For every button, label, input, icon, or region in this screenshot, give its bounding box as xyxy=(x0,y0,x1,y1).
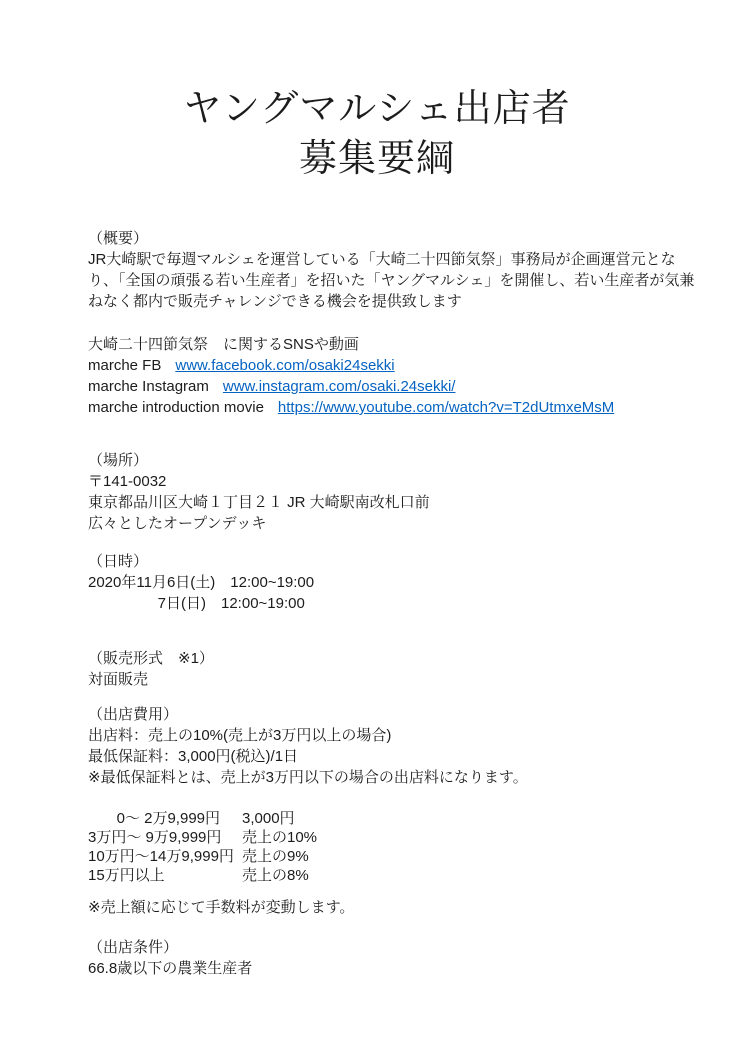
time-value: 12:00~19:00 xyxy=(221,595,305,612)
datetime-row: 7日(日)12:00~19:00 xyxy=(88,593,666,614)
section-overview: （概要） JR大崎駅で毎週マルシェを運営している「大崎二十四節気祭」事務局が企画… xyxy=(88,228,666,312)
fee-row: 0～ 2万9,999円3,000円 xyxy=(88,809,666,828)
overview-line: ねなく都内で販売チャレンジできる機会を提供致します xyxy=(88,291,666,312)
overview-line: JR大崎駅で毎週マルシェを運営している「大崎二十四節気祭」事務局が企画運営元とな xyxy=(88,249,666,270)
sales-format-value: 対面販売 xyxy=(88,669,666,690)
fee-line: ※最低保証料とは、売上が3万円以下の場合の出店料になります。 xyxy=(88,767,666,788)
page-title-line-2: 募集要綱 xyxy=(88,134,666,184)
overview-line: り、「全国の頑張る若い生産者」を招いた「ヤングマルシェ」を開催し、若い生産者が気… xyxy=(88,270,666,291)
address-line: 東京都品川区大崎１丁目２１ JR 大崎駅南改札口前 xyxy=(88,492,666,513)
venue-line: 広々としたオープンデッキ xyxy=(88,513,666,534)
link-label-youtube: marche introduction movie xyxy=(88,399,264,416)
sns-link-row-youtube: marche introduction moviehttps://www.you… xyxy=(88,397,666,418)
fee-row: 10万円～14万9,999円売上の9% xyxy=(88,847,666,866)
fee-row: 3万円～ 9万9,999円売上の10% xyxy=(88,828,666,847)
fee-range: 10万円～14万9,999円 xyxy=(88,847,220,866)
date-value: 2020年11月6日(土) xyxy=(88,572,215,593)
link-label-facebook: marche FB xyxy=(88,357,161,374)
section-fees: （出店費用） 出店料：売上の10%(売上が3万円以上の場合) 最低保証料：3,0… xyxy=(88,704,666,918)
section-sales-format: （販売形式 ※1） 対面販売 xyxy=(88,648,666,690)
fee-amount: 売上の10% xyxy=(242,829,317,846)
fee-amount: 売上の9% xyxy=(242,848,309,865)
place-heading: （場所） xyxy=(88,450,666,471)
fee-line: 最低保証料：3,000円(税込)/1日 xyxy=(88,746,666,767)
instagram-link[interactable]: www.instagram.com/osaki.24sekki/ xyxy=(223,378,456,395)
date-value: 7日(日) xyxy=(88,593,206,614)
section-conditions: （出店条件） 66.8歳以下の農業生産者 xyxy=(88,937,666,979)
section-sns: 大崎二十四節気祭 に関するSNSや動画 marche FBwww.faceboo… xyxy=(88,334,666,418)
fee-note: ※売上額に応じて手数料が変動します。 xyxy=(88,897,666,918)
time-value: 12:00~19:00 xyxy=(230,574,314,591)
datetime-row: 2020年11月6日(土)12:00~19:00 xyxy=(88,572,666,593)
sns-link-row-facebook: marche FBwww.facebook.com/osaki24sekki xyxy=(88,355,666,376)
fee-range: 3万円～ 9万9,999円 xyxy=(88,828,220,847)
sns-heading: 大崎二十四節気祭 に関するSNSや動画 xyxy=(88,334,666,355)
fee-amount: 3,000円 xyxy=(242,810,295,827)
fee-range: 0～ 2万9,999円 xyxy=(88,809,220,828)
youtube-link[interactable]: https://www.youtube.com/watch?v=T2dUtmxe… xyxy=(278,399,614,416)
fees-heading: （出店費用） xyxy=(88,704,666,725)
section-datetime: （日時） 2020年11月6日(土)12:00~19:00 7日(日)12:00… xyxy=(88,551,666,614)
overview-heading: （概要） xyxy=(88,228,666,249)
fee-row: 15万円以上売上の8% xyxy=(88,866,666,885)
datetime-heading: （日時） xyxy=(88,551,666,572)
page-title-line-1: ヤングマルシェ出店者 xyxy=(88,84,666,134)
conditions-heading: （出店条件） xyxy=(88,937,666,958)
sales-format-heading: （販売形式 ※1） xyxy=(88,648,666,669)
sns-link-row-instagram: marche Instagramwww.instagram.com/osaki.… xyxy=(88,376,666,397)
fee-line: 出店料：売上の10%(売上が3万円以上の場合) xyxy=(88,725,666,746)
fee-table: 0～ 2万9,999円3,000円 3万円～ 9万9,999円売上の10% 10… xyxy=(88,809,666,885)
postal-code: 〒141-0032 xyxy=(88,471,666,492)
link-label-instagram: marche Instagram xyxy=(88,378,209,395)
fee-range: 15万円以上 xyxy=(88,866,220,885)
section-place: （場所） 〒141-0032 東京都品川区大崎１丁目２１ JR 大崎駅南改札口前… xyxy=(88,450,666,534)
document-page: ヤングマルシェ出店者 募集要綱 （概要） JR大崎駅で毎週マルシェを運営している… xyxy=(0,0,736,1041)
page-title: ヤングマルシェ出店者 募集要綱 xyxy=(88,84,666,184)
fee-amount: 売上の8% xyxy=(242,867,309,884)
facebook-link[interactable]: www.facebook.com/osaki24sekki xyxy=(175,357,394,374)
conditions-value: 66.8歳以下の農業生産者 xyxy=(88,958,666,979)
